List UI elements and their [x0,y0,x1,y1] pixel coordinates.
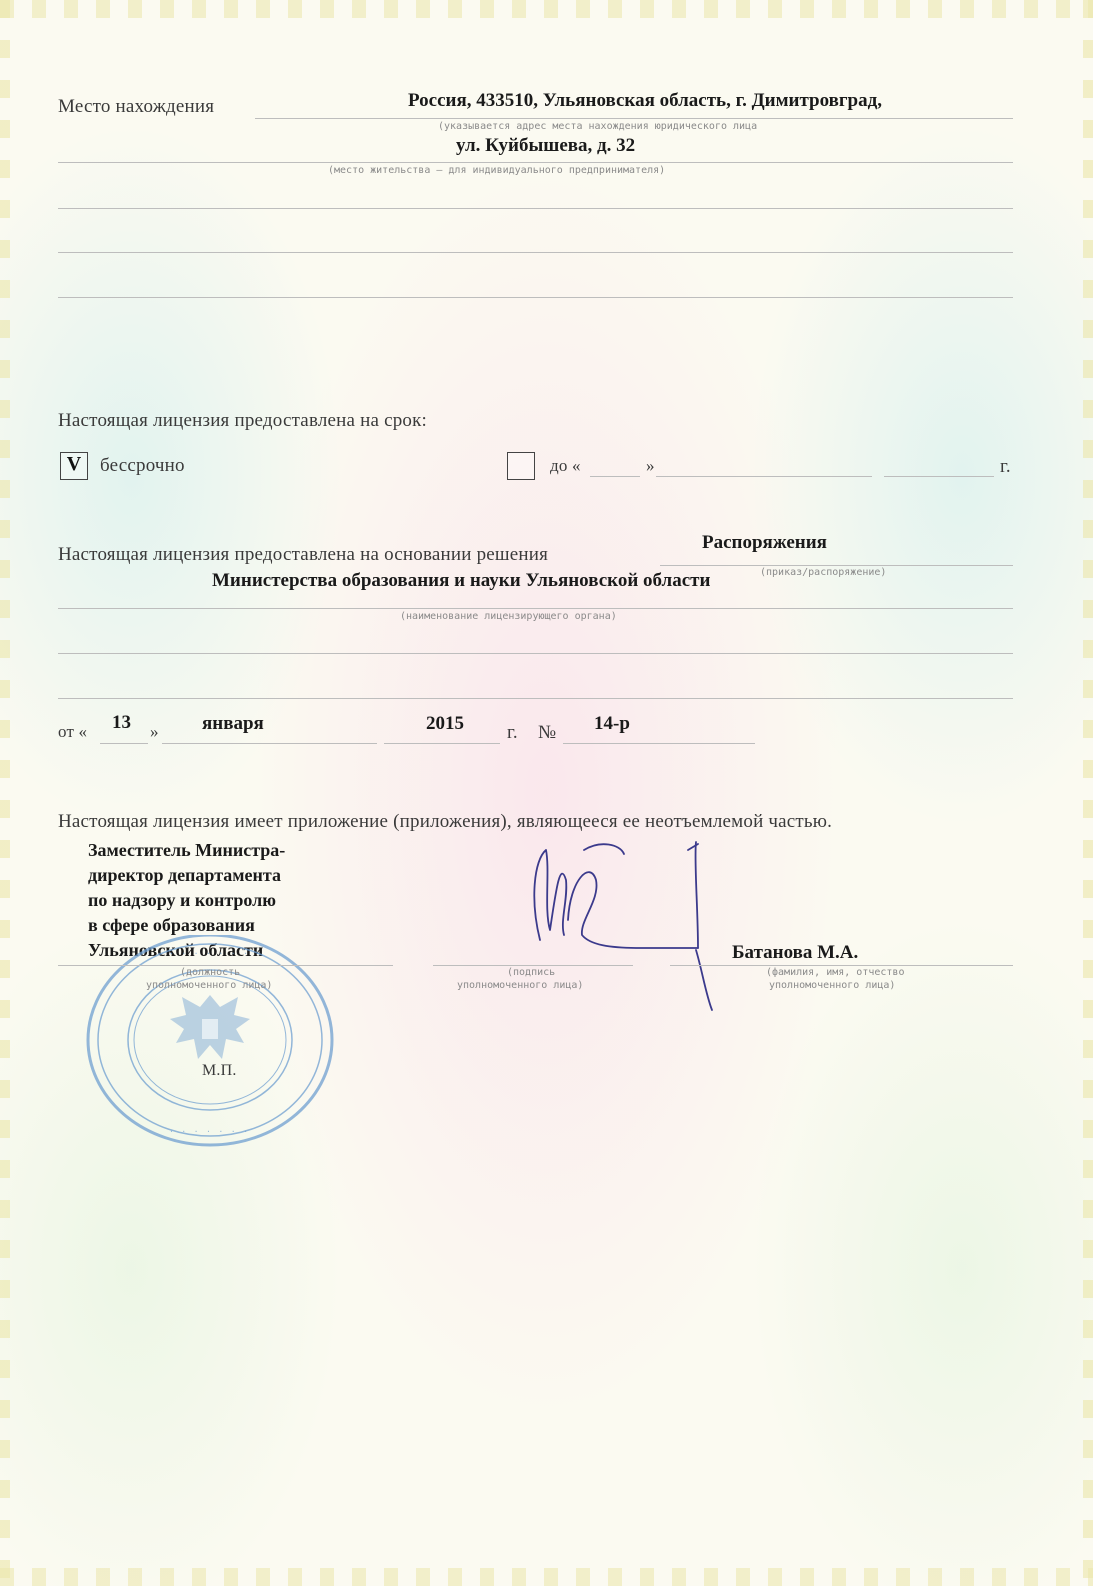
location-hint-1: (указывается адрес места нахождения юрид… [438,121,757,132]
position-line: Заместитель Министра- [88,838,285,863]
position-rule [58,965,393,966]
until-year-suffix: г. [1000,456,1011,478]
position-line: по надзору и контролю [88,888,285,913]
until-year-field[interactable] [884,476,994,477]
location-rule-1 [255,118,1013,119]
decision-month: января [202,713,264,735]
svg-text:· · · · · · · · ·: · · · · · · · · · [157,949,262,960]
until-date-checkbox[interactable] [507,452,535,480]
decision-date-prefix: от « [58,722,87,742]
location-address-line2: ул. Куйбышева, д. 32 [456,135,635,157]
decorative-border-bottom [0,1568,1093,1586]
signature-hint-1: (подпись [507,967,555,978]
until-quote-close: » [646,456,655,476]
unlimited-checkbox[interactable]: V [60,452,88,480]
name-hint-2: уполномоченного лица) [769,980,895,991]
location-rule-2 [58,162,1013,163]
signature-hint-2: уполномоченного лица) [457,980,583,991]
location-rule-3 [58,208,1013,209]
term-heading: Настоящая лицензия предоставлена на срок… [58,410,427,432]
signatory-name: Батанова М.А. [732,942,858,964]
decorative-border-right [1083,0,1093,1586]
authority-rule [58,608,1013,609]
decision-type-hint: (приказ/распоряжение) [760,567,886,578]
location-hint-2: (место жительства – для индивидуального … [328,165,665,176]
decision-year-rule [384,743,500,744]
until-day-field[interactable] [590,476,640,477]
seal-label: М.П. [202,1062,237,1080]
decision-number: 14-р [594,713,630,735]
location-address-line1: Россия, 433510, Ульяновская область, г. … [408,90,882,112]
svg-text:· · · · · · ·: · · · · · · · [170,1127,250,1138]
decision-number-prefix: № [538,722,556,744]
licensing-authority: Министерства образования и науки Ульянов… [212,570,710,592]
decision-day: 13 [112,712,131,734]
name-rule [670,965,1013,966]
decision-type: Распоряжения [702,532,827,554]
position-line: директор департамента [88,863,285,888]
until-prefix: до « [550,456,581,476]
authority-rule-3 [58,698,1013,699]
decision-day-rule [100,743,148,744]
decision-type-rule [660,565,1013,566]
location-rule-5 [58,297,1013,298]
basis-heading: Настоящая лицензия предоставлена на осно… [58,544,548,566]
location-rule-4 [58,252,1013,253]
decision-month-rule [162,743,377,744]
double-headed-eagle-icon [170,995,250,1059]
decision-date-quote-close: » [150,722,159,742]
decorative-border-top [0,0,1093,18]
decision-year-suffix: г. [507,722,518,744]
name-hint-1: (фамилия, имя, отчество [766,967,904,978]
authority-rule-2 [58,653,1013,654]
decorative-border-left [0,0,10,1586]
position-hint: (должность [180,967,240,978]
location-label: Место нахождения [58,96,214,118]
unlimited-label: бессрочно [100,455,185,477]
decision-year: 2015 [426,713,464,735]
position-hint-2: уполномоченного лица) [146,980,272,991]
check-mark-icon: V [67,453,81,475]
until-month-field[interactable] [656,476,872,477]
authority-hint: (наименование лицензирующего органа) [400,611,617,622]
signature-rule [433,965,633,966]
decision-number-rule [563,743,755,744]
